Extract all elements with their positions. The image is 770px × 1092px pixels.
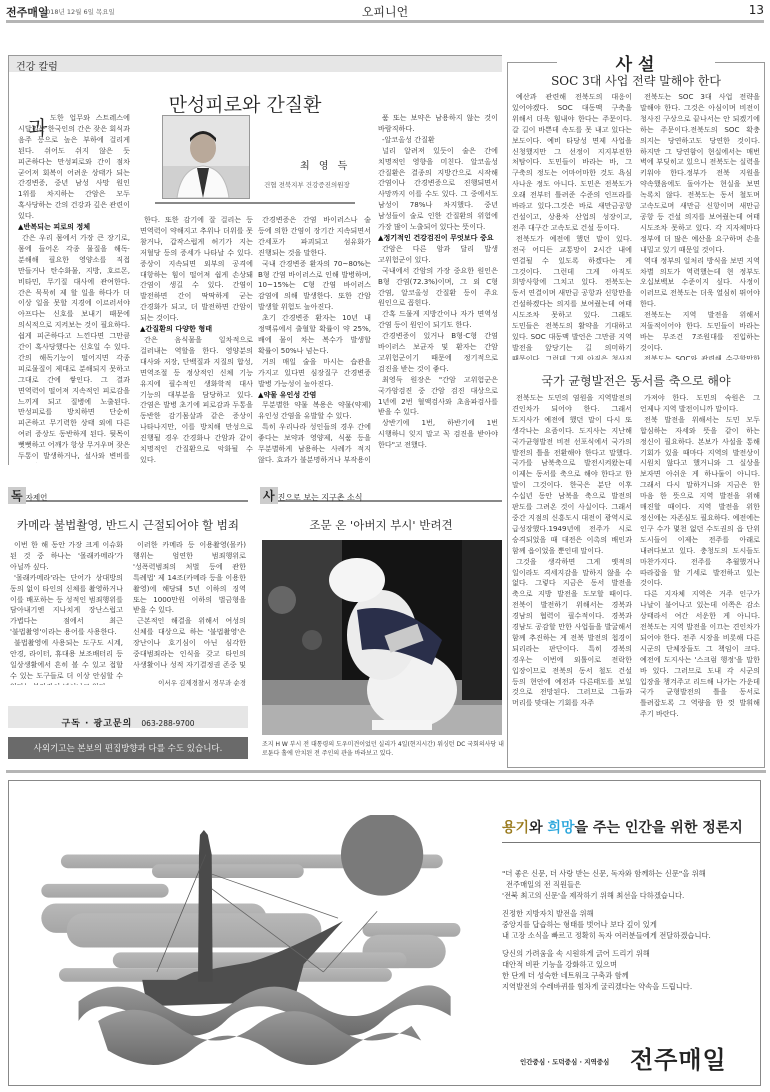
indep-tag: 독자제언 bbox=[8, 485, 248, 502]
indep-byline: 이서우 김제경찰서 경무과 순경 bbox=[133, 678, 246, 687]
health-paragraph: 특히 우리나라 성인들의 경우 간에 좋다는 보약과 영양제, 식품 등을 무분… bbox=[258, 422, 371, 463]
section-name: 오피니언 bbox=[0, 3, 770, 20]
slogan-courage: 용기 bbox=[502, 820, 529, 836]
ad-line: 전주매일의 전 직원들은 bbox=[502, 879, 764, 890]
editorial-1-col2: 전북도는 SOC 3대 사업 전략을 말해야 한다. 그것은 아심이며 비전이 … bbox=[640, 92, 760, 360]
health-paragraph: 간은 음식물을 일차적으로 걸러내는 역할을 한다. 영양분의 대사와 저장, … bbox=[140, 335, 253, 463]
editorial-title-2: 국가 균형발전은 동서를 축으로 해야 bbox=[507, 372, 765, 389]
health-subhead: ▲약물 유인성 간염 bbox=[258, 390, 371, 401]
health-column-title: 만성피로와 간질환 bbox=[120, 90, 370, 117]
health-paragraph: -알코올성 간질환 bbox=[378, 135, 498, 146]
author-rule bbox=[155, 202, 355, 204]
indep-paragraph: 근본적인 해결을 위해서 여성의 신체를 대상으로 하는 '불법촬영'은 장난이… bbox=[133, 616, 246, 670]
indep-paragraph: 이러한 카메라 등 이용촬영(몰카)행위는 엄연한 범죄행위로 '성폭력범죄의 … bbox=[133, 540, 246, 616]
health-paragraph: 간경변증이 있거나 B형·C형 간염 바이러스 보균자 및 환자는 간암 고위험… bbox=[378, 331, 498, 375]
photo-caption: 조지 H W 부시 전 대통령의 도우미견이었던 실리가 4일(현지시간) 워싱… bbox=[262, 740, 507, 758]
ad-line: 한 단계 더 성숙한 네트워크 구축과 함께 bbox=[502, 970, 764, 981]
indep-paragraph: 불법촬영에 사용되는 도구도 시계, 안경, 라이터, 휴대용 보조배터리 등 … bbox=[10, 638, 123, 685]
ad-line: 진정한 지방자치 발전을 위해 bbox=[502, 908, 764, 919]
health-subhead: ▲간질환의 다양한 형태 bbox=[140, 324, 253, 335]
health-paragraph: 국내 간경변증 환자의 70~80%는 B형 간염 바이러스로 인해 발병하며,… bbox=[258, 259, 371, 314]
ad-line: 내 고장 소식을 빠르고 정확히 독자 여러분들에게 전달하겠습니다. bbox=[502, 930, 764, 941]
ad-slogan: 용기와 희망을 주는 인간을 위한 정론지 bbox=[502, 817, 743, 837]
ad-line: 당신의 가려움을 속 시원하게 긁어 드리기 위해 bbox=[502, 948, 764, 959]
ad-paper-logo: 전주매일 bbox=[630, 1040, 727, 1075]
ad-line: 지역발전의 수레바퀴를 힘차게 굴리겠다는 약속을 드립니다. bbox=[502, 981, 764, 992]
dog-photo bbox=[262, 540, 502, 735]
health-col4: 품 또는 보약은 남용하지 않는 것이 바람직하다. -알코올성 간질환 널리 … bbox=[378, 113, 498, 463]
editorial-frame-top-right bbox=[715, 62, 765, 63]
health-paragraph: 널리 알려져 있듯이 술은 간에 치명적인 영향을 미친다. 알코올성 간질환은… bbox=[378, 146, 498, 233]
health-paragraph: 간암은 다른 암과 달리 발생 고위험군이 있다. bbox=[378, 244, 498, 266]
slogan-text: 와 bbox=[529, 820, 547, 836]
editorial-paragraph: 역대 정부의 일처리 방식을 보면 지역 차별 의도가 역력했는데 현 정부도 … bbox=[640, 256, 760, 311]
health-paragraph: 상반기에 1번, 하반기에 1번 시행하니 잊지 말고 꼭 검진을 받아야 한다… bbox=[378, 418, 498, 451]
health-paragraph: 간혹 드물게 지방간이나 자가 면역성 간염 등이 원인이 되기도 한다. bbox=[378, 309, 498, 331]
header-rule bbox=[6, 20, 764, 23]
person-photo-icon bbox=[163, 116, 249, 198]
health-paragraph: 국내에서 간암의 가장 중요한 원인은 B형 간염(72.3%)이며, 그 외 … bbox=[378, 266, 498, 310]
contribution-notice: 사외기고는 본보의 편집방향과 다를 수도 있습니다. bbox=[8, 737, 248, 759]
health-paragraph: 거의 매일 술을 마시는 습관을 가지고 있다면 심장질구 간경변증 발병 가능… bbox=[258, 357, 371, 390]
author-name: 최 영 득 bbox=[300, 157, 350, 172]
sailing-ship-icon bbox=[10, 815, 480, 1080]
health-paragraph: 최영득 원장은 "간암 고위험군은 국가암검진 중 간암 검진 대상으로 1년에… bbox=[378, 375, 498, 419]
health-col1: 도한 업무와 스트레스에 시달리는 한국인의 간은 잦은 회식과 음주 등으로 … bbox=[18, 113, 130, 463]
subscription-phone[interactable]: 063-288-9700 bbox=[141, 719, 194, 728]
subscription-label: 구독 · 광고문의 bbox=[61, 719, 132, 729]
health-tag-bar bbox=[8, 55, 502, 72]
health-col3: 간경변증은 간염 바이러스나 술 등에 의한 간염이 장기간 지속되면서 간세포… bbox=[258, 215, 371, 463]
indep-tag-rest: 자제언 bbox=[26, 493, 48, 502]
indep-tag-initial: 독 bbox=[8, 487, 26, 504]
ad-line: "더 좋은 신문, 더 사랑 받는 신문, 독자와 함께하는 신문"을 위해 bbox=[502, 868, 764, 879]
editorial-2-col1: 전북도는 도민의 염원을 지역발전의 견인차가 되어야 한다. 그래서 도지사가… bbox=[512, 393, 632, 763]
photo-news-tag: 사진으로 보는 지구촌 소식 bbox=[260, 485, 502, 502]
health-paragraph: 간은 우리 몸에서 가장 큰 장기로, 몸에 들어온 각종 물질을 해독·분해해… bbox=[18, 233, 130, 463]
service-dog-photo-icon bbox=[262, 540, 502, 735]
health-left-border bbox=[8, 55, 9, 465]
health-lead-paragraph: 도한 업무와 스트레스에 시달리는 한국인의 간은 잦은 회식과 음주 등으로 … bbox=[18, 113, 130, 222]
section-separator bbox=[6, 770, 766, 773]
photo-tag-initial: 사 bbox=[260, 487, 278, 504]
health-paragraph: 무분별한 약물 복용은 약물(약제) 유인성 간염을 유발할 수 있다. bbox=[258, 400, 371, 422]
health-paragraph: 초기 간경변증 환자는 10년 내 정맥류에서 출혈할 확률이 약 25%, 배… bbox=[258, 313, 371, 357]
editorial-paragraph: 전북도는 SOC 3대 사업 전략을 말해야 한다. 그것은 아심이며 비전이 … bbox=[640, 92, 760, 256]
page-number: 13 bbox=[749, 3, 764, 17]
health-subhead: ▲정기적인 건강검진이 무엇보다 중요 bbox=[378, 233, 498, 244]
photo-news-title: 조문 온 '아버지 부시' 반려견 bbox=[260, 517, 502, 533]
health-col2: 한다. 또한 감기에 잘 걸리는 등 면역력이 약해지고 추위나 더위를 못 참… bbox=[140, 215, 253, 463]
health-subhead: ▲반복되는 피로의 정체 bbox=[18, 222, 130, 233]
issue-date: 2018년 12월 6일 목요일 bbox=[42, 7, 115, 16]
slogan-text: 을 주는 인간을 위한 정론지 bbox=[575, 820, 743, 836]
ad-illustration bbox=[10, 815, 480, 1080]
ad-line: 대안적 비판 기능을 강화하고 있으며 bbox=[502, 959, 764, 970]
subscription-bar: 구독 · 광고문의 063-288-9700 bbox=[8, 706, 248, 728]
editorial-paragraph: 전북도는 도민의 염원을 지역발전의 견인차가 되어야 한다. 그래서 도지사가… bbox=[512, 393, 632, 557]
slogan-hope: 희망 bbox=[547, 820, 574, 836]
ad-line: '전북 최고의 신문'을 제작하기 위해 최선을 다하겠습니다. bbox=[502, 890, 764, 901]
health-paragraph: 간경변증은 간염 바이러스나 술 등에 의한 간염이 장기간 지속되면서 간세포… bbox=[258, 215, 371, 259]
editorial-paragraph: 다른 지자체 지역은 거주 인구가 나날이 불어나고 있는데 이쪽은 감소 상태… bbox=[640, 589, 760, 720]
author-photo bbox=[162, 115, 250, 199]
health-paragraph: 품 또는 보약은 남용하지 않는 것이 바람직하다. bbox=[378, 113, 498, 135]
editorial-paragraph: 전북 발전을 위해서는 도민 모두 합심하는 자세와 뜻을 같이 하는 정신이 … bbox=[640, 415, 760, 590]
editorial-frame-top-left bbox=[507, 62, 557, 63]
ad-line: 중앙지를 답습하는 형태를 벗어나 보다 깊이 있게 bbox=[502, 919, 764, 930]
indep-col2: 이러한 카메라 등 이용촬영(몰카)행위는 엄연한 범죄행위로 '성폭력범죄의 … bbox=[133, 540, 246, 670]
ad-rule bbox=[502, 842, 760, 843]
indep-title: 카메라 불법촬영, 반드시 근절되어야 할 범죄 bbox=[8, 517, 248, 533]
health-paragraph: 한다. 또한 감기에 잘 걸리는 등 면역력이 약해지고 추위나 더위를 못 참… bbox=[140, 215, 253, 324]
editorial-title-1: SOC 3대 사업 전략 말해야 한다 bbox=[507, 72, 765, 89]
indep-paragraph: '몰래카메라'라는 단어가 상대방의 동의 없이 타인의 신체를 촬영하거나 이… bbox=[10, 573, 123, 638]
author-title: 건협 전북지부 건강증진의원장 bbox=[264, 180, 350, 189]
editorial-paragraph: 그것을 생각하면 그게 옛적의 일이라도 격세지감을 말하지 않을 수 없다. … bbox=[512, 557, 632, 710]
indep-paragraph: 이번 한 해 동안 가장 크게 이슈화 된 것 중 하나는 '몰래카메라'가 아… bbox=[10, 540, 123, 573]
editorial-paragraph: 전북도가 예전에 했던 말이 있다. 전국 어디든 교통망이 2시간 내에 연결… bbox=[512, 234, 632, 360]
photo-tag-rest: 진으로 보는 지구촌 소식 bbox=[278, 493, 363, 502]
ad-copy: "더 좋은 신문, 더 사랑 받는 신문, 독자와 함께하는 신문"을 위해 전… bbox=[502, 868, 764, 992]
indep-col1: 이번 한 해 동안 가장 크게 이슈화 된 것 중 하나는 '몰래카메라'가 아… bbox=[10, 540, 123, 685]
editorial-paragraph: 예산과 관련해 전북도의 대응이 있어야겠다. SOC 대동맥 구축을 위해서 … bbox=[512, 92, 632, 234]
editorial-1-col1: 예산과 관련해 전북도의 대응이 있어야겠다. SOC 대동맥 구축을 위해서 … bbox=[512, 92, 632, 360]
editorial-paragraph: 전북도는 SOC와 관련해 수긍할만한 성과를 내야 한다. 전북도는 그 성과… bbox=[640, 354, 760, 360]
editorial-paragraph: 가져야 한다. 도민의 숙원은 그 언제나 지역 발전이니까 말이다. bbox=[640, 393, 760, 415]
editorial-2-col2: 가져야 한다. 도민의 숙원은 그 언제나 지역 발전이니까 말이다. 전북 발… bbox=[640, 393, 760, 763]
health-tag-label: 건강 칼럼 bbox=[16, 58, 58, 73]
ad-motto: 인간중심 · 도덕중심 · 지역중심 bbox=[520, 1057, 609, 1066]
editorial-paragraph: 전북도는 지역 발전을 위해서 저돌적이어야 한다. 도민들이 바라는 바는 무… bbox=[640, 310, 760, 354]
